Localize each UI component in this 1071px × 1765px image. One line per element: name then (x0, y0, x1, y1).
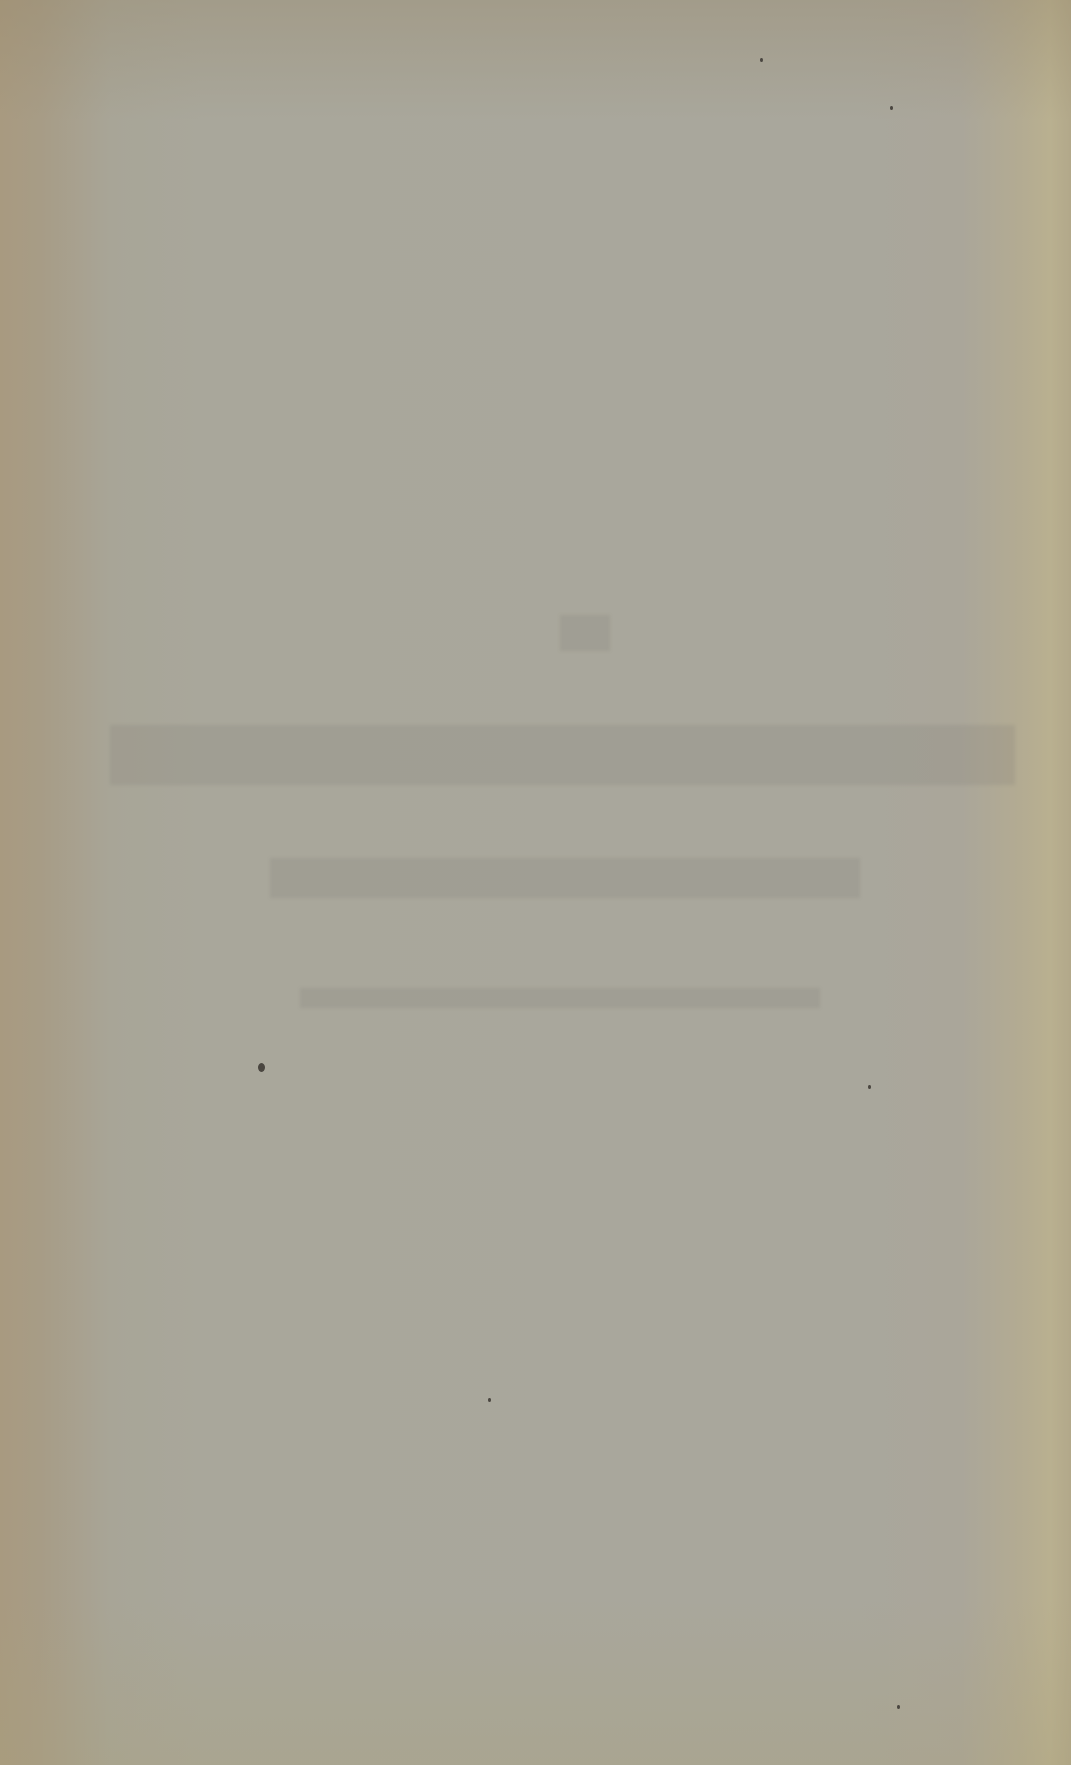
paper-speck (868, 1085, 871, 1089)
paper-speck (897, 1705, 900, 1709)
paper-speck (760, 58, 763, 62)
blank-scanned-page (0, 0, 1071, 1765)
paper-speck (488, 1398, 491, 1402)
paper-speck (890, 106, 893, 110)
paper-speck (258, 1063, 265, 1072)
